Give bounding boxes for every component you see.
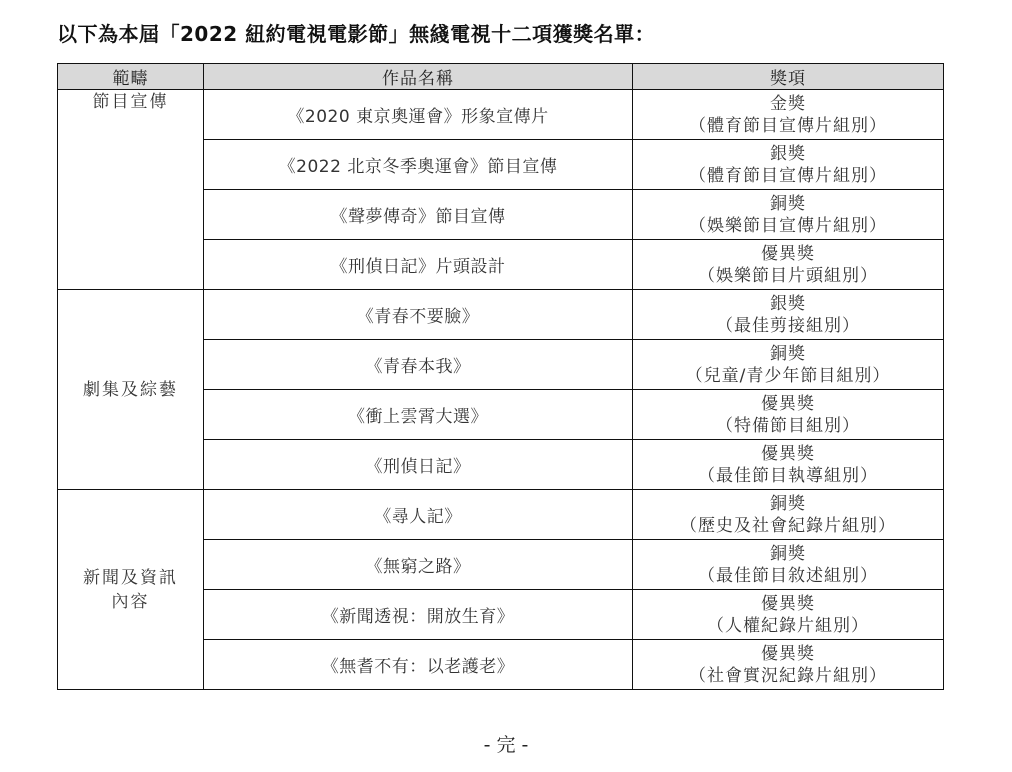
category-cell: 新聞及資訊內容 xyxy=(58,490,204,690)
award-cell: 優異獎（社會實況紀錄片組別） xyxy=(633,640,944,690)
work-cell: 《刑偵日記》 xyxy=(204,440,633,490)
category-label-line2: 內容 xyxy=(58,590,203,614)
award-prize: 優異獎 xyxy=(633,393,943,415)
table-row: 新聞及資訊內容 《尋人記》 銅獎（歷史及社會紀錄片組別） xyxy=(58,490,944,540)
award-group: （最佳節目敘述組別） xyxy=(633,565,943,587)
table-header-row: 範疇 作品名稱 獎項 xyxy=(58,64,944,90)
work-cell: 《2022 北京冬季奧運會》節目宣傳 xyxy=(204,140,633,190)
work-cell: 《聲夢傳奇》節目宣傳 xyxy=(204,190,633,240)
work-cell: 《刑偵日記》片頭設計 xyxy=(204,240,633,290)
award-prize: 銅獎 xyxy=(633,343,943,365)
category-cell: 節目宣傳 xyxy=(58,90,204,290)
award-group: （兒童/青少年節目組別） xyxy=(633,365,943,387)
award-prize: 優異獎 xyxy=(633,593,943,615)
work-cell: 《衝上雲霄大選》 xyxy=(204,390,633,440)
header-work: 作品名稱 xyxy=(204,64,633,90)
table-row: 劇集及綜藝 《青春不要臉》 銀獎（最佳剪接組別） xyxy=(58,290,944,340)
award-cell: 金獎（體育節目宣傳片組別） xyxy=(633,90,944,140)
award-prize: 優異獎 xyxy=(633,443,943,465)
award-prize: 銀獎 xyxy=(633,293,943,315)
award-cell: 銅獎（最佳節目敘述組別） xyxy=(633,540,944,590)
award-cell: 銀獎（體育節目宣傳片組別） xyxy=(633,140,944,190)
award-group: （娛樂節目片頭組別） xyxy=(633,265,943,287)
award-group: （歷史及社會紀錄片組別） xyxy=(633,515,943,537)
award-group: （最佳節目執導組別） xyxy=(633,465,943,487)
category-label: 節目宣傳 xyxy=(58,90,203,114)
award-cell: 優異獎（娛樂節目片頭組別） xyxy=(633,240,944,290)
award-cell: 優異獎（最佳節目執導組別） xyxy=(633,440,944,490)
award-group: （娛樂節目宣傳片組別） xyxy=(633,215,943,237)
header-category: 範疇 xyxy=(58,64,204,90)
category-cell: 劇集及綜藝 xyxy=(58,290,204,490)
award-cell: 銀獎（最佳剪接組別） xyxy=(633,290,944,340)
award-prize: 金獎 xyxy=(633,93,943,115)
category-label: 新聞及資訊 xyxy=(58,566,203,590)
award-group: （人權紀錄片組別） xyxy=(633,615,943,637)
award-prize: 優異獎 xyxy=(633,243,943,265)
document-title: 以下為本屆「2022 紐約電視電影節」無綫電視十二項獲獎名單： xyxy=(57,18,655,47)
work-cell: 《尋人記》 xyxy=(204,490,633,540)
work-cell: 《青春不要臉》 xyxy=(204,290,633,340)
work-cell: 《無窮之路》 xyxy=(204,540,633,590)
award-cell: 銅獎（兒童/青少年節目組別） xyxy=(633,340,944,390)
awards-table: 範疇 作品名稱 獎項 節目宣傳 《2020 東京奧運會》形象宣傳片 金獎（體育節… xyxy=(57,63,944,690)
table-row: 節目宣傳 《2020 東京奧運會》形象宣傳片 金獎（體育節目宣傳片組別） xyxy=(58,90,944,140)
award-cell: 優異獎（人權紀錄片組別） xyxy=(633,590,944,640)
award-prize: 銀獎 xyxy=(633,143,943,165)
award-cell: 優異獎（特備節目組別） xyxy=(633,390,944,440)
work-cell: 《新聞透視：開放生育》 xyxy=(204,590,633,640)
work-cell: 《青春本我》 xyxy=(204,340,633,390)
award-group: （社會實況紀錄片組別） xyxy=(633,665,943,687)
award-prize: 銅獎 xyxy=(633,493,943,515)
work-cell: 《無耆不有：以老護老》 xyxy=(204,640,633,690)
header-award: 獎項 xyxy=(633,64,944,90)
award-prize: 銅獎 xyxy=(633,543,943,565)
award-cell: 銅獎（歷史及社會紀錄片組別） xyxy=(633,490,944,540)
award-prize: 優異獎 xyxy=(633,643,943,665)
category-label: 劇集及綜藝 xyxy=(58,378,203,402)
award-prize: 銅獎 xyxy=(633,193,943,215)
award-group: （最佳剪接組別） xyxy=(633,315,943,337)
award-group: （體育節目宣傳片組別） xyxy=(633,165,943,187)
end-marker: - 完 - xyxy=(0,730,1012,757)
award-cell: 銅獎（娛樂節目宣傳片組別） xyxy=(633,190,944,240)
award-group: （特備節目組別） xyxy=(633,415,943,437)
award-group: （體育節目宣傳片組別） xyxy=(633,115,943,137)
work-cell: 《2020 東京奧運會》形象宣傳片 xyxy=(204,90,633,140)
